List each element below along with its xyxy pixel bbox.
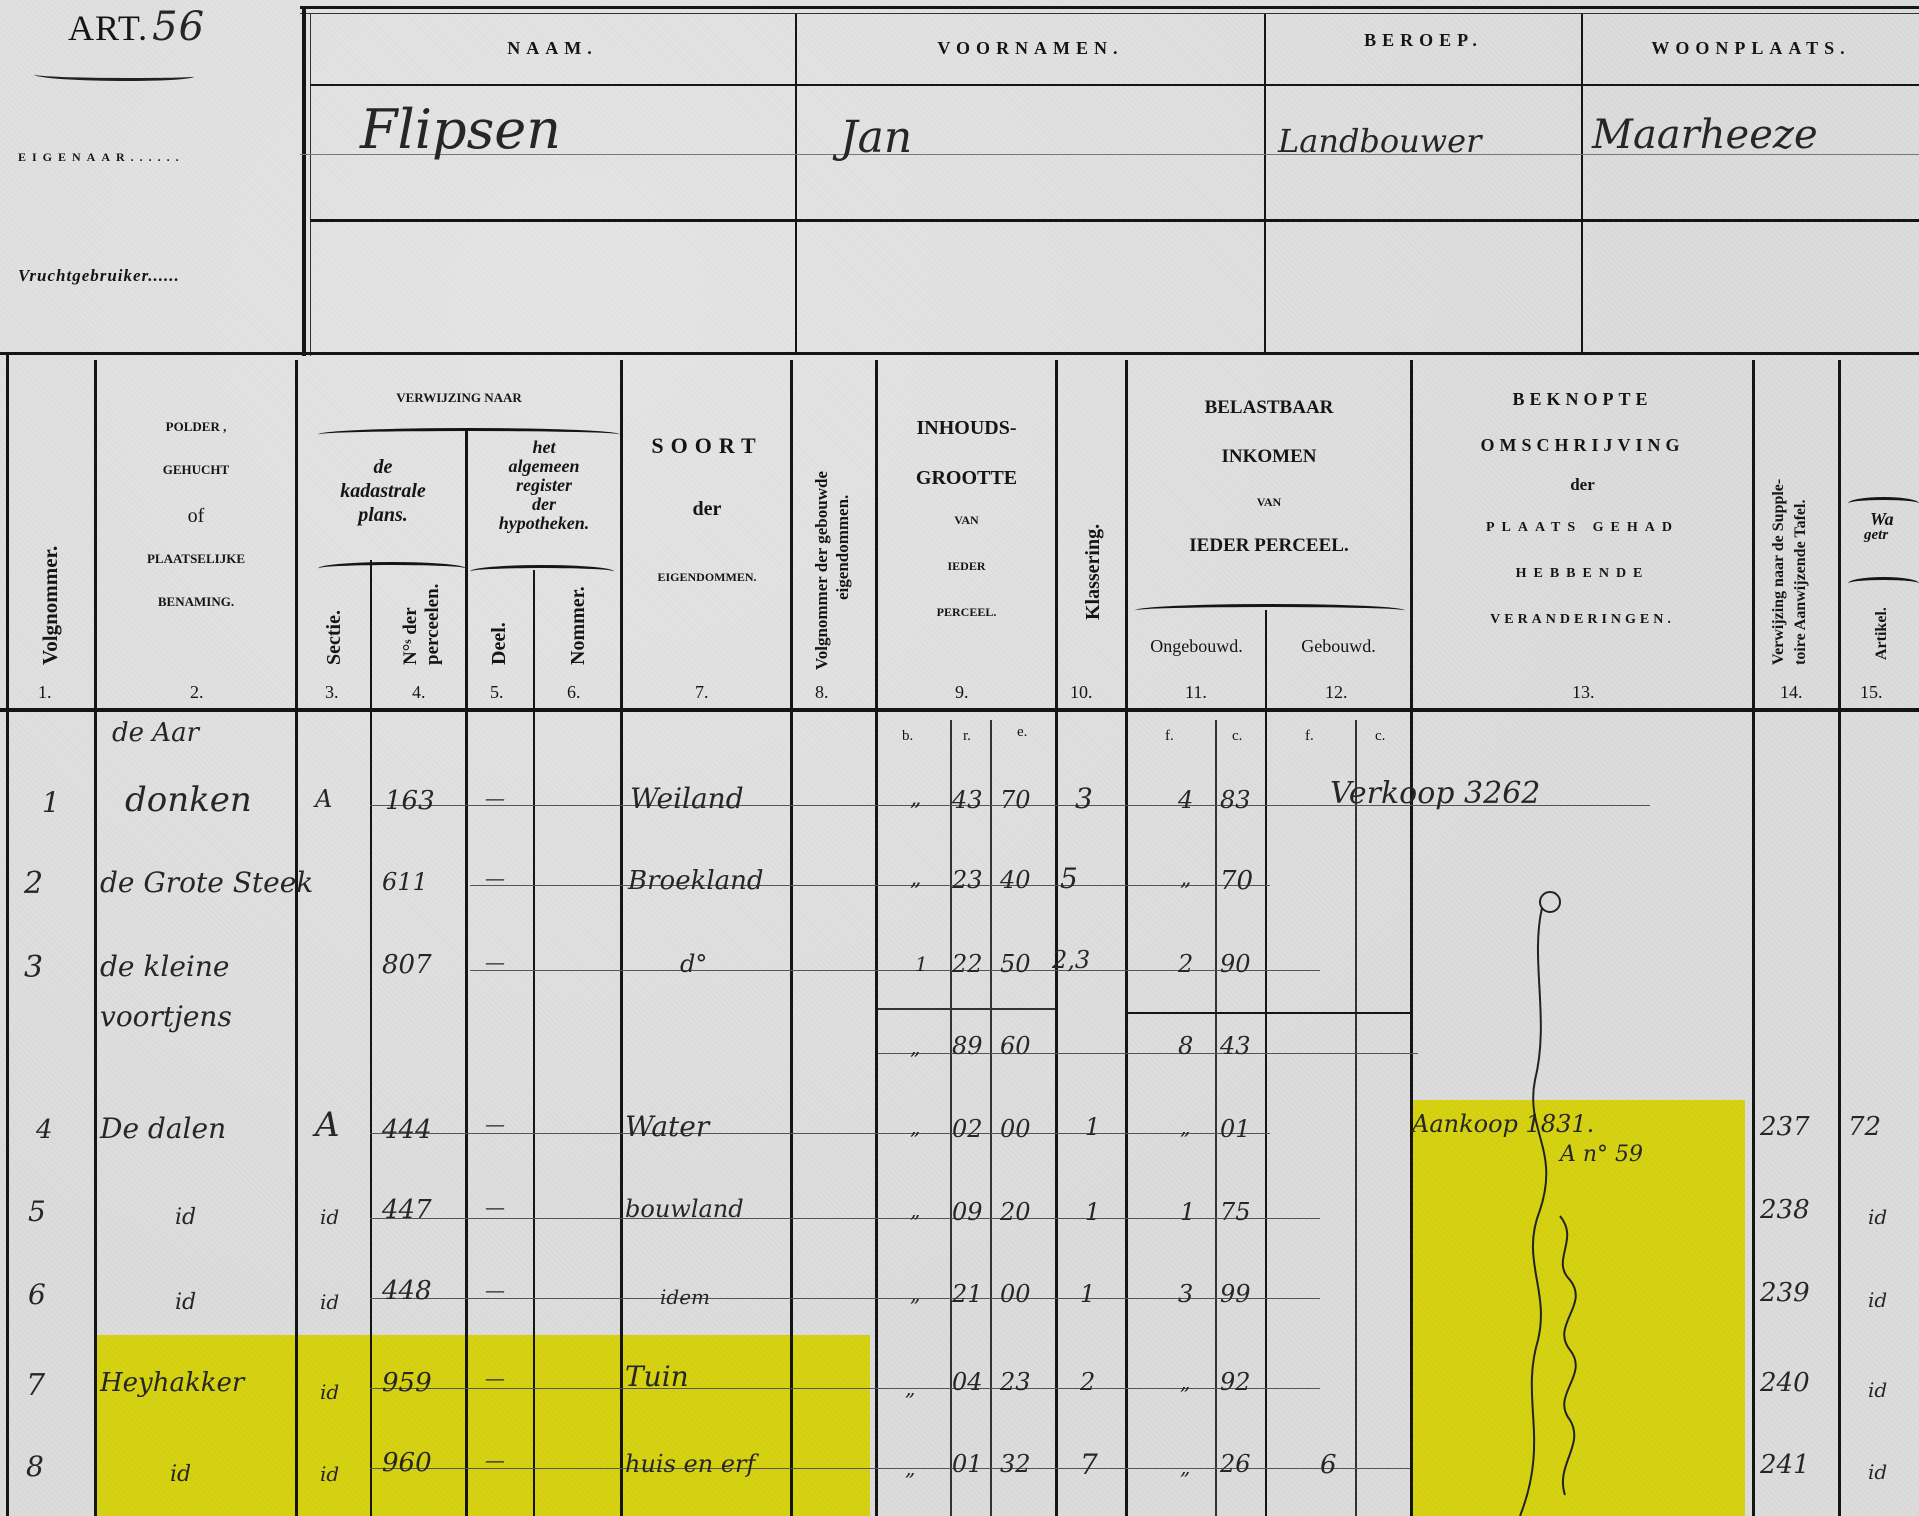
col13-header: BEKNOPTE OMSCHRIJVING der PLAATS GEHAD H…	[1413, 390, 1752, 627]
row2-soort: Broekland	[628, 866, 764, 896]
colnum-10: 10.	[1070, 682, 1093, 703]
col7-header-line3: EIGENDOMMEN.	[623, 571, 791, 583]
colnum-1: 1.	[38, 682, 52, 703]
row8-deel: —	[485, 1448, 505, 1472]
kadastrale-brace	[318, 562, 466, 575]
row3-benaming-bottom: voortjens	[100, 1000, 232, 1033]
col11-header: Ongebouwd.	[1128, 636, 1265, 657]
row7-ong-f: „	[1180, 1370, 1190, 1394]
subtotal-rule-col9	[878, 1008, 1055, 1010]
col7-header-line2: der	[623, 499, 791, 519]
row8-tafel: 241	[1760, 1450, 1810, 1480]
row4-e: 00	[1000, 1115, 1031, 1143]
belastbaar-header: BELASTBAAR INKOMEN VAN IEDER PERCEEL.	[1128, 398, 1410, 555]
row1-soort: Weiland	[630, 782, 744, 815]
col11-sub-divider	[1215, 720, 1217, 1516]
row4-ong-f: „	[1180, 1115, 1190, 1139]
row5-deel: —	[485, 1195, 505, 1219]
col4-header-b: perceelen.	[422, 575, 444, 665]
row2-nr: 2	[24, 866, 43, 901]
col5-header: Deel.	[488, 605, 511, 665]
row4-benaming: De dalen	[100, 1112, 226, 1145]
row7-tafel: 240	[1760, 1368, 1810, 1398]
owner-col-divider-3	[1581, 14, 1583, 354]
continuation-squiggle-short	[1540, 1210, 1600, 1500]
row8-line	[370, 1468, 1410, 1469]
row7-nr: 7	[26, 1368, 45, 1403]
row3-ong-c: 90	[1220, 950, 1251, 978]
colnum-4: 4.	[412, 682, 426, 703]
row5-artikel: id	[1868, 1205, 1887, 1229]
row3-b: 1	[915, 952, 928, 976]
row4-klasse: 1	[1085, 1113, 1100, 1141]
col4-header-a: N°ˢ der	[400, 585, 422, 665]
row7-artikel: id	[1868, 1378, 1887, 1402]
row1-benaming: donken	[125, 780, 252, 820]
col12-sub-f: f.	[1305, 728, 1314, 745]
row8-sectie: id	[320, 1462, 339, 1486]
col11-sub-c: c.	[1232, 728, 1242, 745]
hypotheken-line1: het	[468, 438, 620, 457]
belastbaar-line3: VAN	[1128, 496, 1410, 508]
col15-brace-bottom	[1848, 577, 1919, 590]
vruchtgebruiker-label: Vruchtgebruiker......	[18, 266, 180, 286]
row6-artikel: id	[1868, 1288, 1887, 1312]
naam-header: NAAM.	[310, 38, 795, 59]
article-label: ART.56	[68, 4, 205, 50]
row2-b: „	[910, 866, 921, 891]
row5-klasse: 1	[1085, 1198, 1100, 1226]
row5-r: 09	[952, 1198, 983, 1226]
row1-sectie: A	[315, 785, 332, 813]
owner-col-divider-1	[795, 14, 797, 354]
row6-benaming: id	[175, 1290, 196, 1315]
row6-deel: —	[485, 1278, 505, 1302]
colnum-13: 13.	[1572, 682, 1595, 703]
row6-soort: idem	[660, 1285, 710, 1309]
row1-perceel: 163	[385, 786, 435, 816]
highlight-rows-7-8	[97, 1335, 870, 1516]
row2-r: 23	[952, 866, 983, 894]
subtotal-r: 89	[952, 1032, 983, 1060]
row6-nr: 6	[28, 1278, 46, 1311]
hypotheken-brace	[470, 565, 614, 578]
col-divider-11-12	[1265, 610, 1267, 1516]
row4-nr: 4	[36, 1115, 53, 1145]
row8-soort: huis en erf	[625, 1450, 755, 1478]
hypotheken-header: het algemeen register der hypotheken.	[468, 438, 620, 532]
row8-r: 01	[952, 1450, 983, 1478]
row8-nr: 8	[26, 1450, 44, 1483]
col2-header-line3: of	[97, 506, 295, 526]
row1-klasse: 3	[1075, 782, 1093, 815]
owner-row-divider	[310, 219, 1919, 222]
row2-deel: —	[485, 866, 505, 890]
row8-perceel: 960	[382, 1448, 432, 1478]
col-divider-13-14	[1752, 360, 1755, 1516]
row7-deel: —	[485, 1366, 505, 1390]
col9-header-line5: PERCEEL.	[878, 606, 1055, 618]
kadastrale-header: de kadastrale plans.	[298, 455, 468, 527]
row5-ong-c: 75	[1220, 1198, 1251, 1226]
row4-perceel: 444	[382, 1115, 432, 1145]
col12-sub-divider	[1355, 720, 1357, 1516]
row5-e: 20	[1000, 1198, 1031, 1226]
col12-sub-c: c.	[1375, 728, 1385, 745]
col11-sub-f: f.	[1165, 728, 1174, 745]
col2-header-line2: GEHUCHT	[97, 463, 295, 476]
row7-sectie: id	[320, 1380, 339, 1404]
row6-perceel: 448	[382, 1276, 432, 1306]
voornamen-header: VOORNAMEN.	[797, 38, 1264, 59]
row3-e: 50	[1000, 950, 1031, 978]
row2-benaming: de Grote Steek	[100, 866, 313, 899]
row7-benaming: Heyhakker	[100, 1368, 244, 1398]
col13-header-line5: HEBBENDE	[1413, 567, 1752, 581]
col9-sub-r: r.	[963, 728, 971, 745]
col3-header: Sectie.	[323, 590, 346, 665]
col9-sub-e: e.	[1017, 724, 1027, 741]
col12-header: Gebouwd.	[1267, 636, 1410, 657]
row4-deel: —	[485, 1112, 505, 1136]
row8-ong-c: 26	[1220, 1450, 1251, 1478]
row6-tafel: 239	[1760, 1278, 1810, 1308]
row1-ong-f: 4	[1178, 786, 1193, 814]
row1-deel: —	[485, 786, 505, 810]
row7-ong-c: 92	[1220, 1368, 1251, 1396]
col7-header: SOORT der EIGENDOMMEN.	[623, 435, 791, 583]
row3-nr: 3	[24, 950, 43, 985]
col2-header: POLDER , GEHUCHT of PLAATSELIJKE BENAMIN…	[97, 420, 295, 608]
colnum-6: 6.	[567, 682, 581, 703]
hypotheken-line4: der	[468, 495, 620, 514]
colnum-3: 3.	[325, 682, 339, 703]
colnum-15: 15.	[1860, 682, 1883, 703]
col2-header-line4: PLAATSELIJKE	[97, 552, 295, 565]
row8-artikel: id	[1868, 1460, 1887, 1484]
hypotheken-line5: hypotheken.	[468, 514, 620, 533]
col9-sub-divider-2	[990, 720, 992, 1516]
article-flourish	[34, 70, 194, 81]
colnum-7: 7.	[695, 682, 709, 703]
col9-sub-b: b.	[902, 728, 913, 745]
col9-header-line1: INHOUDS-	[878, 418, 1055, 438]
row8-ong-f: „	[1180, 1455, 1190, 1479]
row2-e: 40	[1000, 866, 1031, 894]
colnum-9: 9.	[955, 682, 969, 703]
owner-col-divider-2	[1264, 14, 1266, 354]
row5-b: „	[910, 1198, 920, 1222]
col9-header: INHOUDS- GROOTTE VAN IEDER PERCEEL.	[878, 418, 1055, 618]
col10-header: Klassering.	[1082, 505, 1105, 620]
row6-b: „	[910, 1282, 920, 1306]
row6-sectie: id	[320, 1290, 339, 1314]
row6-klasse: 1	[1080, 1280, 1095, 1308]
subtotal-e: 60	[1000, 1032, 1031, 1060]
verwijzing-header: VERWIJZING NAAR	[298, 390, 620, 406]
row3-benaming: de kleine	[100, 950, 229, 983]
colnum-2: 2.	[190, 682, 204, 703]
col9-header-line2: GROOTTE	[878, 468, 1055, 488]
row5-perceel: 447	[382, 1195, 432, 1225]
row4-ong-c: 01	[1220, 1115, 1251, 1143]
row7-soort: Tuin	[625, 1360, 689, 1393]
eigenaar-naam: Flipsen	[360, 98, 561, 161]
owner-header-bottom	[310, 84, 1919, 86]
beroep-header: BEROEP.	[1266, 30, 1581, 51]
row2-perceel: 611	[382, 868, 428, 896]
row7-klasse: 2	[1080, 1368, 1095, 1396]
row7-perceel: 959	[382, 1368, 432, 1398]
col15-group-line1: Wa	[1870, 510, 1894, 528]
row4-r: 02	[952, 1115, 983, 1143]
row7-e: 23	[1000, 1368, 1031, 1396]
eigenaar-beroep: Landbouwer	[1278, 122, 1481, 160]
row3-deel: —	[485, 950, 505, 974]
row2-ong-c: 70	[1220, 866, 1253, 896]
row1-nr: 1	[42, 786, 60, 819]
col14-header-a: Verwijzing naar de Supple-	[1770, 375, 1788, 665]
row2-ong-f: „	[1180, 866, 1191, 891]
owner-table-left-border-inner	[310, 14, 311, 356]
owner-table-bottom	[0, 352, 1919, 355]
kadastrale-line3: plans.	[298, 503, 468, 527]
main-left-border	[6, 355, 9, 1516]
owner-table-top-border	[300, 6, 1919, 9]
row6-ong-f: 3	[1178, 1280, 1193, 1308]
col8-header-a: Volgnommer der gebouwde	[812, 370, 832, 670]
owner-table-left-border	[302, 8, 306, 356]
row4-line	[370, 1133, 1270, 1134]
woonplaats-header: WOONPLAATS.	[1583, 38, 1919, 59]
colnum-12: 12.	[1325, 682, 1348, 703]
eigenaar-voornamen: Jan	[840, 112, 912, 163]
col-divider-9-10	[1055, 360, 1058, 1516]
row8-e: 32	[1000, 1450, 1031, 1478]
row5-ong-f: 1	[1180, 1198, 1195, 1226]
col13-header-line3: der	[1413, 476, 1752, 493]
kadastrale-line2: kadastrale	[298, 479, 468, 503]
row7-b: „	[905, 1376, 915, 1400]
colnum-8: 8.	[815, 682, 829, 703]
row1-r: 43	[952, 786, 983, 814]
row1-benaming-top: de Aar	[112, 718, 199, 748]
owner-table-top-border-inner	[300, 13, 1919, 14]
col7-header-line1: SOORT	[623, 435, 791, 457]
article-prefix: ART.	[68, 8, 148, 48]
row8-klasse: 7	[1080, 1448, 1098, 1481]
col2-header-line1: POLDER ,	[97, 420, 295, 433]
main-header-bottom	[0, 708, 1919, 712]
row4-b: „	[910, 1115, 920, 1139]
kadastrale-line1: de	[298, 455, 468, 479]
row8-benaming: id	[170, 1462, 191, 1487]
col1-header: Volgnommer.	[38, 490, 63, 665]
col13-header-line6: VERANDERINGEN.	[1413, 613, 1752, 627]
belastbaar-line1: BELASTBAAR	[1128, 398, 1410, 417]
row6-r: 21	[952, 1280, 983, 1308]
row8-geb-f: 6	[1320, 1450, 1337, 1480]
row5-tafel: 238	[1760, 1195, 1810, 1225]
col15-group-header: Wa getr	[1870, 510, 1894, 543]
eigenaar-woonplaats: Maarheeze	[1592, 112, 1818, 158]
subtotal-ong-f: 8	[1178, 1032, 1193, 1060]
row4-sectie: A	[315, 1105, 340, 1145]
row2-klasse: 5	[1060, 862, 1078, 895]
eigenaar-label: EIGENAAR......	[18, 150, 185, 165]
belastbaar-line2: INKOMEN	[1128, 447, 1410, 466]
subtotal-rule-col11	[1128, 1012, 1410, 1014]
subtotal-b: „	[910, 1035, 920, 1059]
col9-header-line4: IEDER	[878, 560, 1055, 572]
row4-tafel: 237	[1760, 1112, 1810, 1142]
col14-header-b: toire Aanwijzende Tafel.	[1792, 385, 1810, 665]
row1-verandering: Verkoop 3262	[1330, 776, 1540, 811]
row3-r: 22	[952, 950, 983, 978]
col13-header-line4: PLAATS GEHAD	[1413, 521, 1752, 535]
colnum-5: 5.	[490, 682, 504, 703]
article-number: 56	[152, 4, 205, 50]
row5-nr: 5	[28, 1195, 46, 1228]
row8-b: „	[905, 1456, 915, 1480]
colnum-11: 11.	[1185, 682, 1207, 703]
row4-artikel: 72	[1848, 1112, 1881, 1142]
subtotal-ong-c: 43	[1220, 1032, 1251, 1060]
col13-header-line1: BEKNOPTE	[1413, 390, 1752, 408]
belastbaar-brace	[1135, 604, 1405, 617]
row1-ong-c: 83	[1220, 786, 1251, 814]
row3-klasse: 2,3	[1052, 946, 1090, 974]
row4-soort: Water	[625, 1110, 709, 1143]
row3-perceel: 807	[382, 950, 432, 980]
col13-header-line2: OMSCHRIJVING	[1413, 436, 1752, 454]
belastbaar-line4: IEDER PERCEEL.	[1128, 536, 1410, 555]
row7-line	[370, 1388, 1320, 1389]
row2-line	[470, 885, 1270, 886]
col15-header: Artikel.	[1873, 590, 1891, 660]
row5-sectie: id	[320, 1205, 339, 1229]
hypotheken-line3: register	[468, 476, 620, 495]
col6-header: Nommer.	[567, 570, 590, 665]
col9-header-line3: VAN	[878, 514, 1055, 526]
colnum-14: 14.	[1780, 682, 1803, 703]
row3-soort: d°	[680, 950, 707, 978]
row7-r: 04	[952, 1368, 983, 1396]
hypotheken-line2: algemeen	[468, 457, 620, 476]
row6-e: 00	[1000, 1280, 1031, 1308]
row1-b: „	[910, 786, 921, 811]
col2-header-line5: BENAMING.	[97, 595, 295, 608]
row6-ong-c: 99	[1220, 1280, 1251, 1308]
col-divider-14-15	[1838, 360, 1841, 1516]
register-page: ART.56 EIGENAAR...... Vruchtgebruiker...…	[0, 0, 1919, 1516]
row5-line	[370, 1218, 1320, 1219]
row1-e: 70	[1000, 786, 1031, 814]
col8-header-b: eigendommen.	[833, 420, 853, 600]
row3-ong-f: 2	[1178, 950, 1193, 978]
row5-benaming: id	[175, 1205, 196, 1230]
row5-soort: bouwland	[625, 1195, 744, 1223]
col15-group-line2: getr	[1864, 528, 1894, 543]
